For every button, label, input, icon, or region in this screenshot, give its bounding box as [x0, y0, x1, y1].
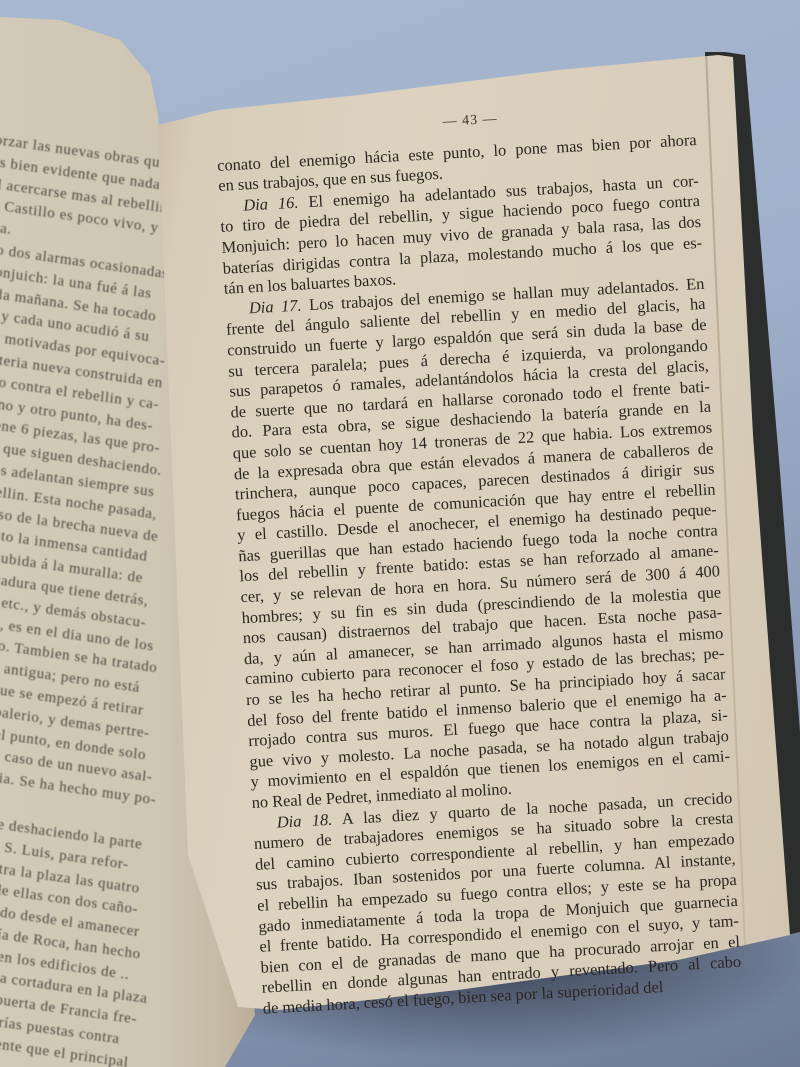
- day-heading: Dia 18.: [276, 809, 332, 831]
- right-page-text: — 43 — conato del enemigo hácia este pun…: [215, 99, 743, 1019]
- day-heading: Dia 17.: [248, 295, 302, 317]
- right-page-body: conato del enemigo hácia este punto, lo …: [217, 130, 743, 1020]
- day-heading: Dia 16.: [243, 192, 299, 214]
- book-photo: orzar las nuevas obras que es bien evide…: [0, 0, 800, 1067]
